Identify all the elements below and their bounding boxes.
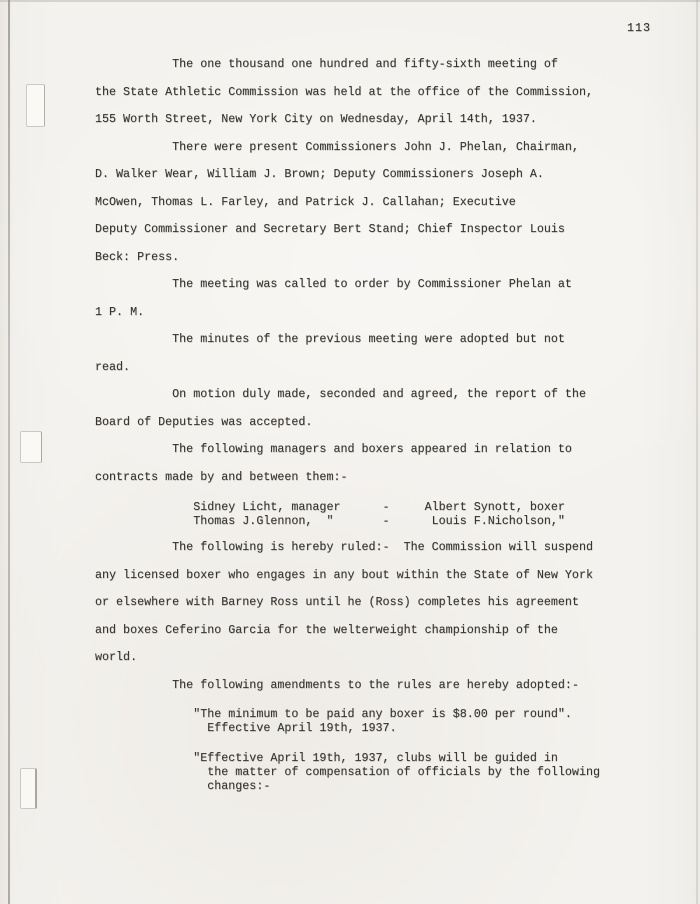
text-line: Thomas J.Glennon, " - Louis F.Nicholson,… [95,514,700,528]
quote-minimum-pay: "The minimum to be paid any boxer is $8.… [95,707,700,735]
text-line: There were present Commissioners John J.… [95,134,700,162]
scanned-document-page: 113 The one thousand one hundred and fif… [0,0,700,904]
paragraph-ross-ruling: The following is hereby ruled:- The Comm… [95,534,700,672]
text-line: The one thousand one hundred and fifty-s… [95,51,700,79]
text-line: changes:- [95,779,700,793]
quote-officials-compensation: "Effective April 19th, 1937, clubs will … [95,751,700,793]
text-line: The minutes of the previous meeting were… [95,326,700,354]
text-line: Effective April 19th, 1937. [95,721,700,735]
text-line: Board of Deputies was accepted. [95,409,700,437]
text-line: Beck: Press. [95,244,700,272]
paragraph-attendance: There were present Commissioners John J.… [95,134,700,272]
paragraph-call-to-order: The meeting was called to order by Commi… [95,271,700,326]
text-line: 1 P. M. [95,299,700,327]
text-line: Sidney Licht, manager - Albert Synott, b… [95,500,700,514]
paragraph-managers-boxers: The following managers and boxers appear… [95,436,700,491]
scan-edge-top-line [0,0,700,2]
text-line: read. [95,354,700,382]
paragraph-amendments-intro: The following amendments to the rules ar… [95,672,700,700]
paragraph-board-of-deputies: On motion duly made, seconded and agreed… [95,381,700,436]
page-number: 113 [627,21,651,35]
text-line: Deputy Commissioner and Secretary Bert S… [95,216,700,244]
text-line: 155 Worth Street, New York City on Wedne… [95,106,700,134]
text-line: any licensed boxer who engages in any bo… [95,562,700,590]
text-line: The following amendments to the rules ar… [95,672,700,700]
page-text: The one thousand one hundred and fifty-s… [0,51,700,793]
contracts-table: Sidney Licht, manager - Albert Synott, b… [95,500,700,528]
text-line: The following managers and boxers appear… [95,436,700,464]
text-line: contracts made by and between them:- [95,464,700,492]
text-line: world. [95,644,700,672]
text-line: "The minimum to be paid any boxer is $8.… [95,707,700,721]
paragraph-minutes: The minutes of the previous meeting were… [95,326,700,381]
text-line: and boxes Ceferino Garcia for the welter… [95,617,700,645]
text-line: On motion duly made, seconded and agreed… [95,381,700,409]
text-line: McOwen, Thomas L. Farley, and Patrick J.… [95,189,700,217]
text-line: D. Walker Wear, William J. Brown; Deputy… [95,161,700,189]
text-line: the matter of compensation of officials … [95,765,700,779]
text-line: "Effective April 19th, 1937, clubs will … [95,751,700,765]
text-line: The following is hereby ruled:- The Comm… [95,534,700,562]
text-line: The meeting was called to order by Commi… [95,271,700,299]
text-line: the State Athletic Commission was held a… [95,79,700,107]
paragraph-meeting-opening: The one thousand one hundred and fifty-s… [95,51,700,134]
text-line: or elsewhere with Barney Ross until he (… [95,589,700,617]
